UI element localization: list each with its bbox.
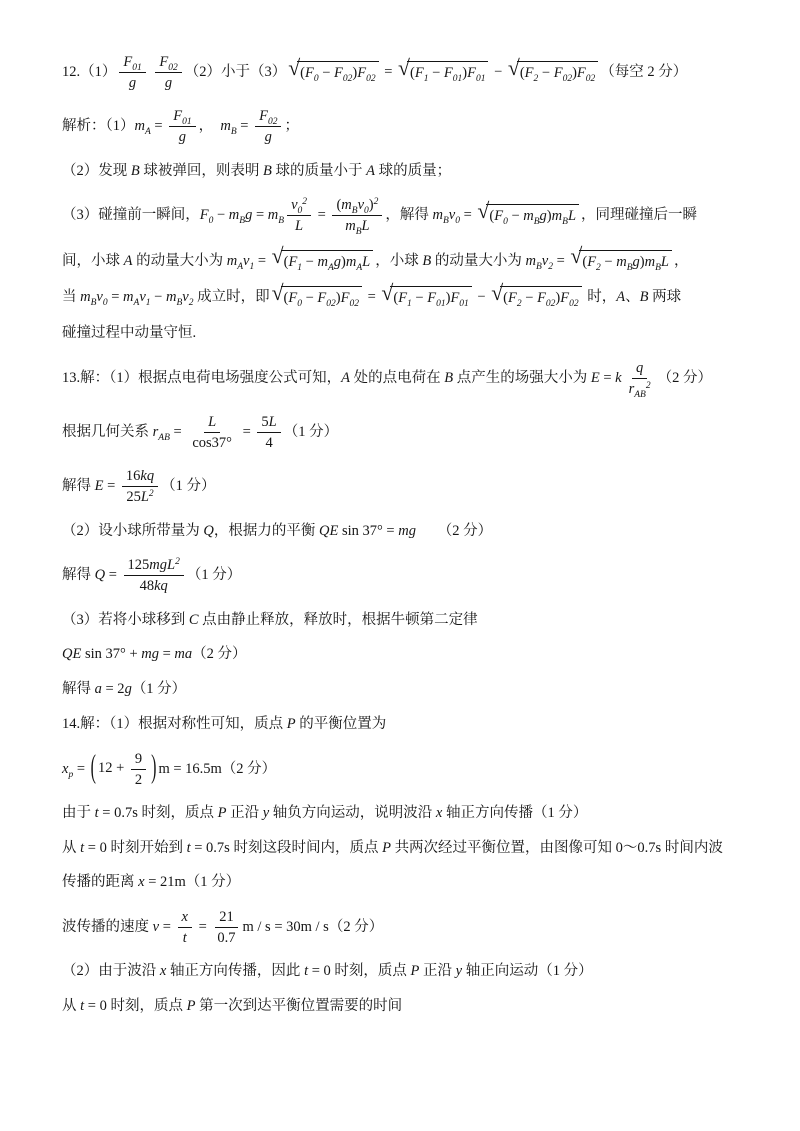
radicand: (F2 − F02)F02: [500, 286, 581, 310]
q14-position-equation: xp = (12 + 92)m = 16.5m（2 分）: [62, 749, 756, 790]
numerator: 9: [131, 750, 146, 770]
text-run: 解析：（1）: [62, 118, 135, 134]
math-var: F: [334, 65, 343, 81]
q13-accel-result: 解得 a = 2g（1 分）: [62, 679, 756, 701]
math-var: F: [537, 290, 546, 306]
q14-part1-intro: 14.解：（1）根据对称性可知，质点 P 的平衡位置为: [62, 714, 756, 736]
subscript: 01: [476, 74, 486, 84]
text-run: −: [490, 64, 505, 80]
math-var: F: [444, 65, 453, 81]
q13-part3-newton: （3）若将小球移到 C 点由静止释放，释放时，根据牛顿第二定律: [62, 610, 756, 632]
math-var: F: [577, 65, 586, 81]
numerator: 5L: [257, 413, 280, 433]
denominator: g: [175, 127, 190, 146]
math-var: F: [587, 254, 596, 270]
q14-part2-time: 从 t = 0 时刻，质点 P 第一次到达平衡位置需要的时间: [62, 996, 756, 1018]
text-run: =: [151, 118, 166, 134]
denominator: 0.7: [213, 928, 239, 947]
math-var: L: [661, 254, 669, 270]
text-run: −: [508, 208, 523, 224]
math-var: q: [636, 360, 643, 376]
subscript: 02: [168, 63, 178, 73]
q12-solution-part2: （2）发现 B 球被弹回，则表明 B 球的质量小于 A 球的质量；: [62, 161, 756, 183]
subscript: 01: [132, 63, 142, 73]
math-var: F: [288, 254, 297, 270]
subscript: 01: [436, 299, 446, 309]
subscript: 02: [326, 299, 336, 309]
text-run: 轴正向运动（1 分）: [462, 963, 593, 979]
text-run: 共两次经过平衡位置，由图像可知 0～0.7s 时间内波: [391, 840, 723, 856]
radicand: (F0 − mBg)mBL: [486, 204, 579, 228]
text-run: −: [319, 65, 334, 81]
q13-geometry: 根据几何关系 rAB = Lcos37° = 5L4（1 分）: [62, 412, 756, 453]
math-var: QE: [319, 523, 338, 539]
sqrt: √(F2 − F02)F02: [508, 61, 598, 85]
subscript: 0: [298, 206, 303, 216]
radicand: (F2 − mBg)mBL: [579, 250, 672, 274]
fraction: (mBv0)2mBL: [332, 196, 382, 235]
math-var: F: [467, 65, 476, 81]
math-var: P: [287, 716, 296, 732]
text-run: −: [474, 289, 489, 305]
answer-document: 12.（1）F01g F02g（2）小于（3）√(F0 − F02)F02 = …: [0, 0, 800, 1018]
text-run: （每空 2 分）: [600, 64, 687, 80]
text-run: 正沿: [419, 963, 455, 979]
math-var: m: [220, 118, 230, 134]
radicand: (F1 − F01)F01: [407, 61, 488, 85]
radical-sign: √: [272, 283, 284, 305]
text-run: =: [103, 478, 118, 494]
math-var: L: [208, 414, 216, 430]
math-var: g: [265, 129, 272, 145]
text-run: （2 分）: [658, 370, 712, 386]
q14-wave-speed: 波传播的速度 v = xt = 210.7m / s = 30m / s（2 分…: [62, 907, 756, 948]
math-var: F: [259, 108, 268, 124]
q12-solution-part3-line3: 当 mBv0 = mAv1 − mBv2 成立时，即√(F0 − F02)F02…: [62, 286, 756, 310]
text-run: 轴正方向传播，因此: [166, 963, 304, 979]
q14-interval-line1: 从 t = 0 时刻开始到 t = 0.7s 时刻这段时间内，质点 P 共两次经…: [62, 838, 756, 860]
math-var: F: [288, 290, 297, 306]
text-run: cos37°: [192, 435, 232, 451]
sqrt: √(F1 − mAg)mAL: [272, 250, 374, 274]
sqrt: √(F1 − F01)F01: [381, 286, 471, 310]
text-run: 轴正方向传播（1 分）: [442, 805, 587, 821]
math-var: F: [200, 207, 209, 223]
text-run: =: [73, 760, 88, 776]
q12-solution-part1: 解析：（1）mA = F01g， mB = F02g；: [62, 106, 756, 147]
math-var: F: [427, 290, 436, 306]
sqrt: √(F0 − F02)F02: [272, 286, 362, 310]
math-var: m: [123, 289, 133, 305]
math-var: Q: [203, 523, 213, 539]
paren-content: 12 + 92: [98, 749, 149, 790]
text-run: sin 37° +: [81, 646, 141, 662]
text-run: 从: [62, 998, 80, 1014]
math-var: m: [346, 254, 356, 270]
math-var: A: [341, 370, 350, 386]
math-var: m: [341, 197, 351, 213]
text-run: ，同理碰撞后一瞬: [581, 207, 697, 223]
math-var: m: [268, 207, 278, 223]
sqrt: √(F0 − F02)F02: [288, 61, 378, 85]
text-run: −: [213, 207, 228, 223]
text-run: 125: [128, 557, 150, 573]
math-var: g: [633, 254, 640, 270]
numerator: v02: [287, 196, 311, 216]
q12-answers: 12.（1）F01g F02g（2）小于（3）√(F0 − F02)F02 = …: [62, 52, 756, 93]
text-run: m = 16.5m（2 分）: [158, 760, 276, 776]
math-var: L: [362, 254, 370, 270]
text-run: 的平衡位置为: [296, 716, 387, 732]
denominator: g: [161, 73, 176, 92]
numerator: F01: [169, 107, 195, 127]
text-run: =: [105, 567, 120, 583]
text-run: 4: [265, 435, 272, 451]
math-var: F: [508, 290, 517, 306]
numerator: L: [204, 413, 220, 433]
math-var: mg: [141, 646, 159, 662]
subscript: 02: [569, 299, 579, 309]
fraction: F01g: [119, 53, 145, 92]
text-run: 根据几何关系: [62, 424, 153, 440]
text-run: 解得: [62, 478, 95, 494]
paren-group: (12 + 92): [89, 749, 159, 790]
text-run: 第一次到达平衡位置需要的时间: [195, 998, 402, 1014]
text-run: 9: [135, 751, 142, 767]
subscript: AB: [634, 390, 646, 400]
text-run: =: [254, 253, 269, 269]
text-run: = 0.7s 时刻这段时间内，质点: [191, 840, 382, 856]
text-run: 成立时，即: [193, 289, 269, 305]
text-run: −: [538, 65, 553, 81]
sqrt: √(F0 − mBg)mBL: [477, 204, 579, 228]
math-var: L: [568, 208, 576, 224]
q12-solution-part3-line2: 间，小球 A 的动量大小为 mAv1 = √(F1 − mAg)mAL，小球 B…: [62, 250, 756, 274]
text-run: 时，: [584, 289, 617, 305]
text-run: =: [159, 646, 174, 662]
math-var: m: [345, 218, 355, 234]
math-var: L: [295, 218, 303, 234]
text-run: 的动量大小为: [431, 253, 525, 269]
text-run: = 0 时刻，质点: [308, 963, 410, 979]
fraction: F01g: [169, 107, 195, 146]
math-var: m: [227, 253, 237, 269]
math-var: B: [444, 370, 453, 386]
math-var: F: [494, 208, 503, 224]
text-run: = 21m（1 分）: [145, 874, 241, 890]
text-run: =: [381, 64, 396, 80]
q14-wave-direction: 由于 t = 0.7s 时刻，质点 P 正沿 y 轴负方向运动，说明波沿 x 轴…: [62, 803, 756, 825]
radicand: (F0 − F02)F02: [297, 61, 378, 85]
text-run: =: [252, 207, 267, 223]
text-run: （2）设小球所带量为: [62, 523, 203, 539]
math-var: L: [269, 414, 277, 430]
math-var: F: [317, 290, 326, 306]
text-run: （2 分）: [416, 523, 492, 539]
denominator: rAB2: [625, 379, 655, 398]
radicand: (F2 − F02)F02: [517, 61, 598, 85]
denominator: t: [179, 928, 191, 947]
denominator: L: [291, 216, 307, 235]
physics-answer-page: { "content": { "paragraphs": [ {"name":"…: [0, 0, 800, 1131]
fraction: v02L: [287, 196, 311, 235]
fraction: xt: [178, 908, 192, 947]
q13-newton-equation: QE sin 37° + mg = ma（2 分）: [62, 644, 756, 666]
math-var: a: [95, 681, 102, 697]
text-run: 25: [126, 489, 141, 505]
text-run: =: [195, 919, 210, 935]
text-run: −: [302, 290, 317, 306]
radical-sign: √: [570, 246, 582, 268]
math-var: A: [616, 289, 625, 305]
denominator: mBL: [341, 216, 373, 235]
text-run: 解得: [62, 681, 95, 697]
text-run: =: [170, 424, 185, 440]
denominator: 4: [261, 433, 276, 452]
text-run: （3）若将小球移到: [62, 612, 189, 628]
subscript: 02: [366, 74, 376, 84]
math-var: m: [80, 289, 90, 305]
math-var: m: [525, 253, 535, 269]
math-var: t: [183, 930, 187, 946]
text-run: =: [600, 370, 615, 386]
math-var: B: [422, 253, 431, 269]
text-run: −: [601, 254, 616, 270]
right-paren: ): [149, 753, 158, 786]
text-run: ，小球: [375, 253, 422, 269]
text-run: （2 分）: [192, 646, 246, 662]
text-run: 点由静止释放，释放时，根据牛顿第二定律: [199, 612, 478, 628]
q14-part2-direction: （2）由于波沿 x 轴正方向传播，因此 t = 0 时刻，质点 P 正沿 y 轴…: [62, 961, 756, 983]
text-run: =: [237, 118, 252, 134]
text-run: 从: [62, 840, 80, 856]
q13-part1-field: 13.解：（1）根据点电荷电场强度公式可知，A 处的点电荷在 B 点产生的场强大…: [62, 358, 756, 399]
text-run: 处的点电荷在: [350, 370, 444, 386]
math-var: F: [415, 65, 424, 81]
fraction: Lcos37°: [188, 413, 236, 452]
text-run: [149, 64, 153, 80]
text-run: =: [364, 289, 379, 305]
sqrt: √(F2 − mBg)mBL: [570, 250, 672, 274]
superscript: 2: [175, 557, 180, 567]
math-var: g: [540, 208, 547, 224]
math-var: kq: [154, 578, 168, 594]
text-run: −: [151, 289, 166, 305]
q13-field-result: 解得 E = 16kq25L2（1 分）: [62, 466, 756, 507]
math-var: F: [560, 290, 569, 306]
text-run: ，: [199, 118, 221, 134]
text-run: 间，小球: [62, 253, 124, 269]
subscript: 02: [268, 117, 278, 127]
radical-sign: √: [491, 283, 503, 305]
text-run: ，根据力的平衡: [214, 523, 319, 539]
math-var: L: [362, 218, 370, 234]
math-var: B: [131, 163, 140, 179]
subscript: 02: [349, 299, 359, 309]
subscript: 01: [182, 117, 192, 127]
radicand: (F0 − F02)F02: [281, 286, 362, 310]
text-run: 12.（1）: [62, 64, 116, 80]
math-var: m: [166, 289, 176, 305]
subscript: 01: [453, 74, 463, 84]
text-run: （1 分）: [161, 478, 215, 494]
math-var: m: [523, 208, 533, 224]
math-var: F: [554, 65, 563, 81]
radical-sign: √: [508, 58, 520, 80]
text-run: （1 分）: [284, 424, 338, 440]
text-run: 球的质量；: [375, 163, 451, 179]
denominator: cos37°: [188, 433, 236, 452]
math-var: m: [645, 254, 655, 270]
denominator: 2: [131, 770, 146, 789]
fraction: 125mgL248kq: [124, 556, 184, 595]
superscript: 2: [149, 489, 154, 499]
numerator: 21: [215, 908, 238, 928]
numerator: (mBv0)2: [332, 196, 382, 216]
numerator: F02: [155, 53, 181, 73]
text-run: = 0.7s 时刻，质点: [99, 805, 218, 821]
math-var: kq: [140, 468, 154, 484]
text-run: 传播的距离: [62, 874, 138, 890]
text-run: （2）小于（3）: [185, 64, 287, 80]
text-run: 13.解：（1）根据点电荷电场强度公式可知，: [62, 370, 341, 386]
text-run: = 0 时刻开始到: [84, 840, 186, 856]
denominator: g: [125, 73, 140, 92]
numerator: F02: [255, 107, 281, 127]
text-run: 解得: [62, 567, 95, 583]
text-run: （2）由于波沿: [62, 963, 160, 979]
subscript: 02: [586, 74, 596, 84]
math-var: F: [398, 290, 407, 306]
math-var: Q: [95, 567, 105, 583]
math-var: F: [305, 65, 314, 81]
text-run: 的动量大小为: [132, 253, 226, 269]
text-run: 碰撞过程中动量守恒.: [62, 325, 196, 341]
numerator: 16kq: [122, 467, 158, 487]
text-run: 12 +: [98, 758, 128, 780]
radical-sign: √: [398, 58, 410, 80]
numerator: 125mgL2: [124, 556, 184, 576]
math-var: B: [263, 163, 272, 179]
math-var: m: [552, 208, 562, 224]
math-var: E: [591, 370, 600, 386]
math-var: m: [229, 207, 239, 223]
text-run: 21: [219, 909, 234, 925]
text-run: 14.解：（1）根据对称性可知，质点: [62, 716, 287, 732]
radical-sign: √: [381, 283, 393, 305]
text-run: =: [239, 424, 254, 440]
subscript: 02: [546, 299, 556, 309]
radical-sign: √: [477, 201, 489, 223]
math-var: x: [182, 909, 188, 925]
denominator: 25L2: [122, 487, 157, 506]
text-run: 5: [261, 414, 268, 430]
text-run: ，解得: [385, 207, 432, 223]
text-run: 点产生的场强大小为: [453, 370, 591, 386]
math-var: QE: [62, 646, 81, 662]
text-run: ；: [284, 118, 299, 134]
fraction: 16kq25L2: [122, 467, 158, 506]
subscript: 02: [343, 74, 353, 84]
text-run: （1 分）: [132, 681, 186, 697]
text-run: 球被弹回，则表明: [140, 163, 263, 179]
math-var: mgL: [149, 557, 175, 573]
math-var: g: [179, 129, 186, 145]
text-run: 球的质量小于: [272, 163, 366, 179]
text-run: 16: [126, 468, 141, 484]
radicand: (F1 − mAg)mAL: [281, 250, 374, 274]
text-run: =: [460, 207, 475, 223]
math-var: P: [382, 840, 391, 856]
numerator: q: [632, 359, 647, 379]
math-var: L: [141, 489, 149, 505]
fraction: qrAB2: [625, 359, 655, 398]
q14-interval-line2: 传播的距离 x = 21m（1 分）: [62, 872, 756, 894]
fraction: 5L4: [257, 413, 280, 452]
fraction: F02g: [155, 53, 181, 92]
math-var: F: [173, 108, 182, 124]
q12-solution-part3-line1: （3）碰撞前一瞬间，F0 − mBg = mBv02L = (mBv0)2mBL…: [62, 195, 756, 236]
superscript: 2: [302, 197, 307, 207]
math-var: C: [189, 612, 199, 628]
math-var: F: [357, 65, 366, 81]
text-run: =: [108, 289, 123, 305]
text-run: = 0 时刻，质点: [84, 998, 186, 1014]
fraction: 210.7: [213, 908, 239, 947]
text-run: （2）发现: [62, 163, 131, 179]
math-var: F: [159, 54, 168, 70]
fraction: F02g: [255, 107, 281, 146]
math-var: m: [135, 118, 145, 134]
subscript: 01: [459, 299, 469, 309]
math-var: g: [165, 75, 172, 91]
text-run: −: [428, 65, 443, 81]
text-run: 当: [62, 289, 80, 305]
denominator: 48kq: [136, 576, 172, 595]
text-run: 0.7: [217, 930, 235, 946]
text-run: 轴负方向运动，说明波沿: [269, 805, 436, 821]
math-var: g: [125, 681, 132, 697]
text-run: =: [159, 919, 174, 935]
fraction: 92: [131, 750, 146, 789]
math-var: k: [615, 370, 621, 386]
radical-sign: √: [272, 246, 284, 268]
text-run: −: [302, 254, 317, 270]
document-body: 12.（1）F01g F02g（2）小于（3）√(F0 − F02)F02 = …: [62, 52, 756, 1018]
text-run: = 2: [102, 681, 125, 697]
text-run: （1 分）: [187, 567, 241, 583]
text-run: 由于: [62, 805, 95, 821]
q13-part2-balance: （2）设小球所带量为 Q，根据力的平衡 QE sin 37° = mg （2 分…: [62, 521, 756, 543]
math-var: m: [317, 254, 327, 270]
text-run: ，: [674, 253, 689, 269]
text-run: 两球: [648, 289, 681, 305]
math-var: A: [366, 163, 375, 179]
denominator: g: [261, 127, 276, 146]
text-run: 48: [140, 578, 155, 594]
text-run: m / s = 30m / s（2 分）: [243, 919, 384, 935]
subscript: AB: [158, 433, 170, 443]
text-run: 波传播的速度: [62, 919, 153, 935]
q12-solution-part3-line4: 碰撞过程中动量守恒.: [62, 323, 756, 345]
superscript: 2: [646, 381, 651, 391]
sqrt: √(F2 − F02)F02: [491, 286, 581, 310]
text-run: −: [412, 290, 427, 306]
left-paren: (: [89, 753, 98, 786]
math-var: g: [129, 75, 136, 91]
numerator: x: [178, 908, 192, 928]
subscript: B: [278, 216, 284, 226]
